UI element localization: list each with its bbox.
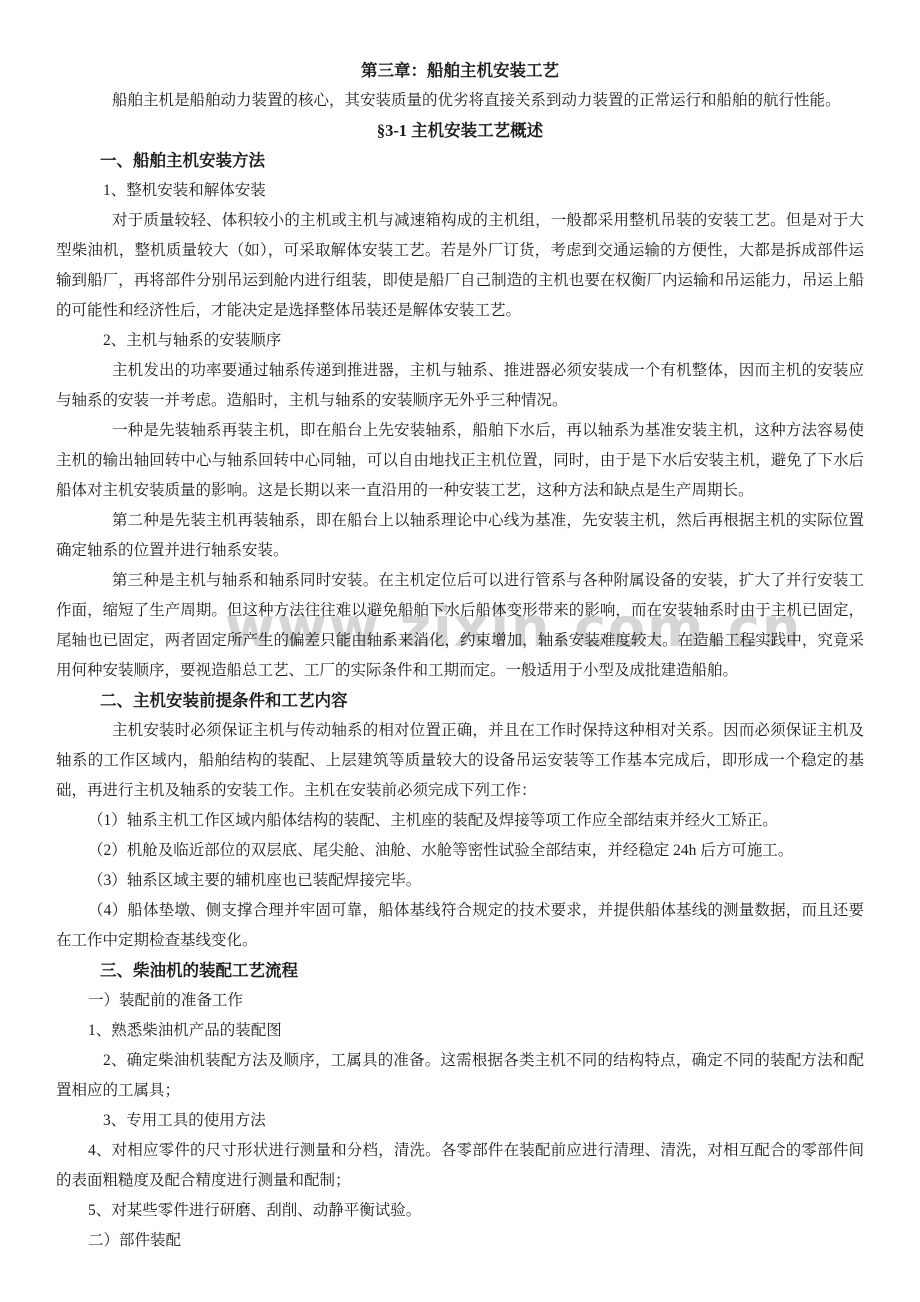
list-item: 二）部件装配 (56, 1226, 864, 1256)
paragraph: 主机安装时必须保证主机与传动轴系的相对位置正确，并且在工作时保持这种相对关系。因… (56, 716, 864, 806)
list-item: 1、熟悉柴油机产品的装配图 (56, 1016, 864, 1046)
paragraph: 对于质量较轻、体积较小的主机或主机与减速箱构成的主机组，一般都采用整机吊装的安装… (56, 206, 864, 326)
list-item: 1、整机安装和解体安装 (56, 176, 864, 206)
list-item: 5、对某些零件进行研磨、刮削、动静平衡试验。 (56, 1196, 864, 1226)
list-item: （1）轴系主机工作区域内船体结构的装配、主机座的装配及焊接等项工作应全部结束并经… (56, 806, 864, 836)
document-page: www.zixin.com.cn 第三章：船舶主机安装工艺船舶主机是船舶动力装置… (0, 0, 920, 1302)
list-item: 3、专用工具的使用方法 (56, 1106, 864, 1136)
heading: 三、柴油机的装配工艺流程 (56, 956, 864, 986)
list-item: （3）轴系区域主要的辅机座也已装配焊接完毕。 (56, 866, 864, 896)
heading: 一、船舶主机安装方法 (56, 146, 864, 176)
paragraph: 一种是先装轴系再装主机，即在船台上先安装轴系，船舶下水后，再以轴系为基准安装主机… (56, 416, 864, 506)
document-title: 第三章：船舶主机安装工艺 (56, 56, 864, 86)
list-item: （2）机舱及临近部位的双层底、尾尖舱、油舱、水舱等密性试验全部结束，并经稳定 2… (56, 836, 864, 866)
section-title: §3-1 主机安装工艺概述 (56, 116, 864, 146)
list-item: 4、对相应零件的尺寸形状进行测量和分档，清洗。各零部件在装配前应进行清理、清洗，… (56, 1136, 864, 1196)
list-item: 2、确定柴油机装配方法及顺序，工属具的准备。这需根据各类主机不同的结构特点，确定… (56, 1046, 864, 1106)
list-item: 一）装配前的准备工作 (56, 986, 864, 1016)
list-item: （4）船体垫墩、侧支撑合理并牢固可靠，船体基线符合规定的技术要求，并提供船体基线… (56, 896, 864, 956)
document-content: 第三章：船舶主机安装工艺船舶主机是船舶动力装置的核心，其安装质量的优劣将直接关系… (0, 0, 920, 1256)
paragraph: 主机发出的功率要通过轴系传递到推进器，主机与轴系、推进器必须安装成一个有机整体，… (56, 356, 864, 416)
heading: 二、主机安装前提条件和工艺内容 (56, 686, 864, 716)
paragraph: 第三种是主机与轴系和轴系同时安装。在主机定位后可以进行管系与各种附属设备的安装，… (56, 566, 864, 686)
paragraph: 船舶主机是船舶动力装置的核心，其安装质量的优劣将直接关系到动力装置的正常运行和船… (56, 86, 864, 116)
list-item: 2、主机与轴系的安装顺序 (56, 326, 864, 356)
paragraph: 第二种是先装主机再装轴系，即在船台上以轴系理论中心线为基准，先安装主机，然后再根… (56, 506, 864, 566)
